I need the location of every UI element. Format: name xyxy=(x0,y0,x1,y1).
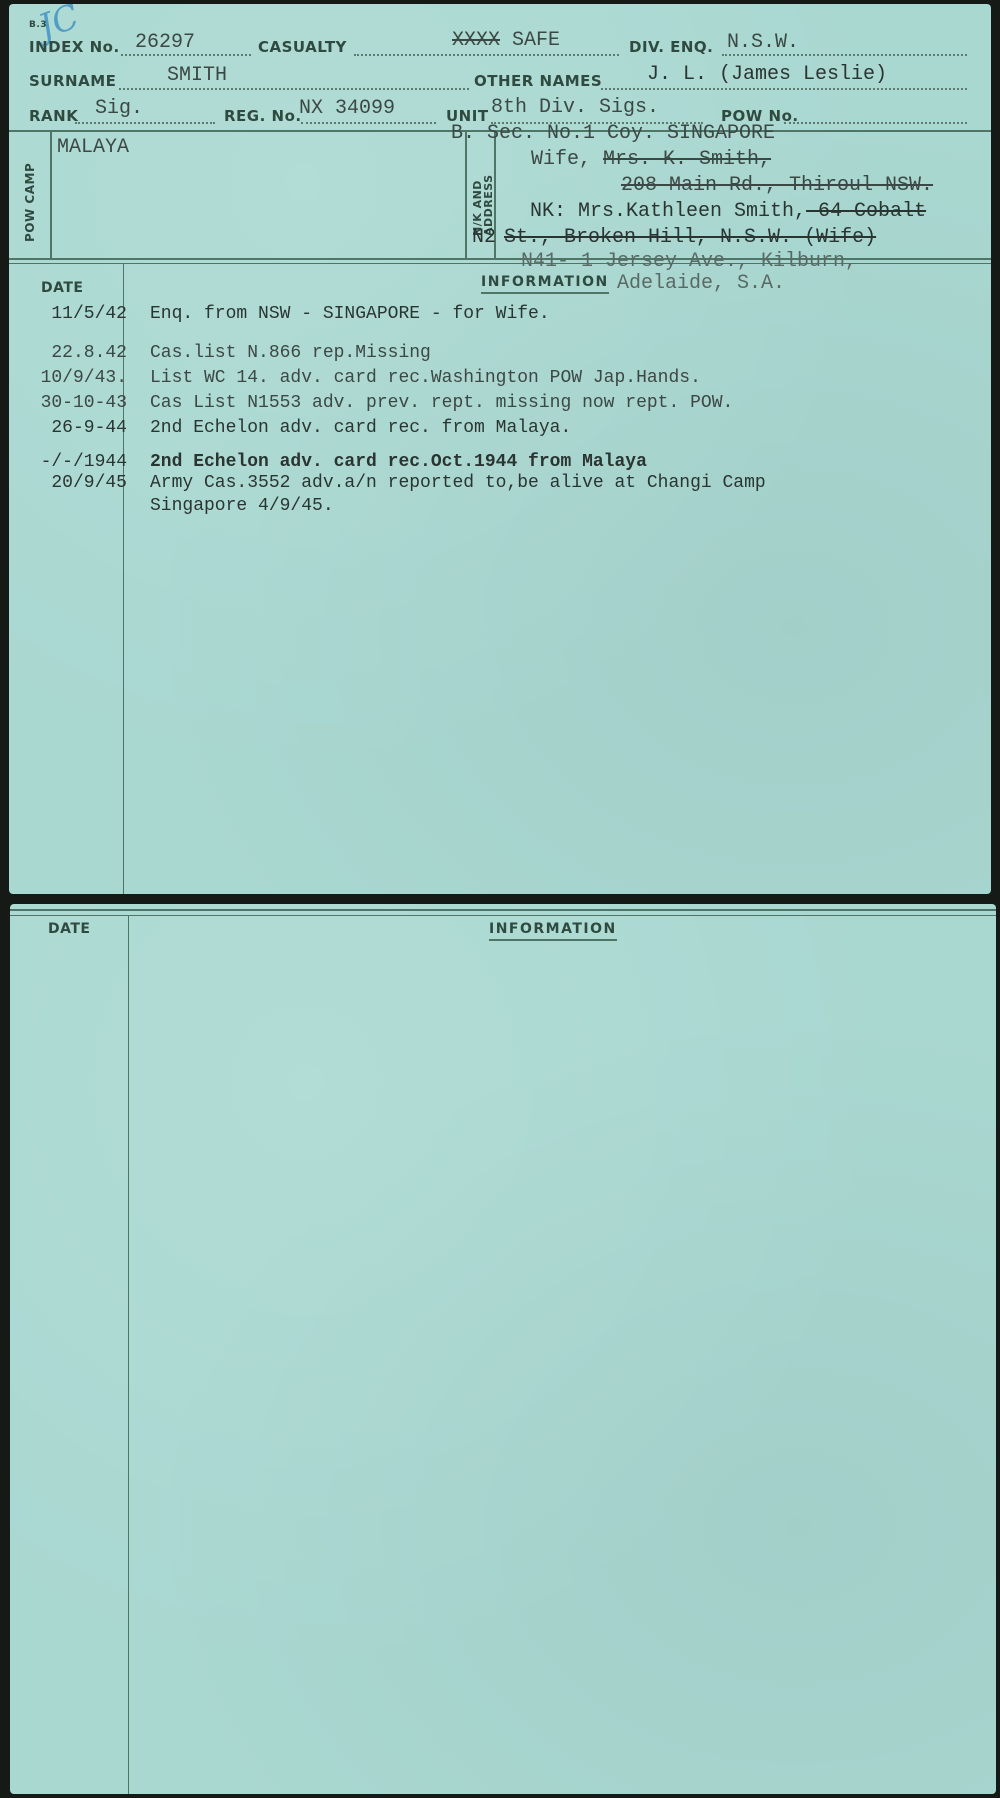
pow-camp-label: POW CAMP xyxy=(23,142,37,242)
casualty-current: SAFE xyxy=(512,29,560,52)
reg-no-label: REG. No. xyxy=(224,107,302,125)
index-no-label: INDEX No. xyxy=(29,38,120,56)
back-date-column-divider xyxy=(128,916,129,1794)
information-header: INFORMATION xyxy=(481,274,609,294)
log-date: -/-/1944 xyxy=(9,452,127,472)
nk-line-2-struck: 208 Main Rd., Thiroul NSW. xyxy=(621,174,933,197)
back-information-header: INFORMATION xyxy=(489,921,617,941)
pow-camp-divider xyxy=(50,130,52,258)
index-no-rule xyxy=(121,54,251,56)
nk-line-3-struck: 64 Cobalt xyxy=(806,200,926,223)
record-card-back: DATE INFORMATION xyxy=(10,904,996,1794)
div-enq-value: N.S.W. xyxy=(727,31,799,54)
log-info: 2nd Echelon adv. card rec. from Malaya. xyxy=(150,418,571,438)
reg-no-rule xyxy=(301,122,436,124)
log-info: 2nd Echelon adv. card rec.Oct.1944 from … xyxy=(150,452,647,472)
date-header: DATE xyxy=(41,280,83,296)
surname-rule xyxy=(119,88,469,90)
log-date: 10/9/43. xyxy=(9,368,127,388)
casualty-label: CASUALTY xyxy=(258,38,347,56)
unit-value: 8th Div. Sigs. xyxy=(491,96,659,119)
reg-no-value: NX 34099 xyxy=(299,97,395,120)
casualty-rule xyxy=(354,54,619,56)
rank-rule xyxy=(75,122,215,124)
pow-no-rule xyxy=(784,122,967,124)
nk-line-1-prefix: Wife, xyxy=(531,148,603,171)
nk-line-6: Adelaide, S.A. xyxy=(617,272,785,295)
form-code: B.3 xyxy=(29,20,47,30)
rank-label: RANK xyxy=(29,107,78,125)
nk-line-4-mark: N2 xyxy=(472,226,496,249)
nk-line-1-struck: Mrs. K. Smith, xyxy=(603,148,771,171)
back-top-rule-2 xyxy=(10,915,996,916)
back-date-header: DATE xyxy=(48,921,90,937)
log-info: Army Cas.3552 adv.a/n reported to,be ali… xyxy=(150,473,766,493)
back-top-rule-1 xyxy=(10,909,996,911)
other-names-value: J. L. (James Leslie) xyxy=(647,63,887,86)
log-date: 20/9/45 xyxy=(9,473,127,493)
div-enq-label: DIV. ENQ. xyxy=(629,38,713,56)
log-date: 11/5/42 xyxy=(9,304,127,324)
unit-continuation: B. Sec. No.1 Coy. SINGAPORE xyxy=(451,122,775,145)
log-info: Cas List N1553 adv. prev. rept. missing … xyxy=(150,393,733,413)
nk-line-3: NK: Mrs.Kathleen Smith, 64 Cobalt xyxy=(530,200,926,223)
div-enq-rule xyxy=(722,54,967,56)
log-date: 26-9-44 xyxy=(9,418,127,438)
other-names-label: OTHER NAMES xyxy=(474,72,602,90)
log-info: Cas.list N.866 rep.Missing xyxy=(150,343,431,363)
nk-address-label: N/K AND ADDRESS xyxy=(472,146,494,236)
nk-line-4: N2St., Broken Hill, N.S.W. (Wife) xyxy=(472,226,876,249)
surname-value: SMITH xyxy=(167,64,227,87)
nk-line-3-prefix: NK: Mrs.Kathleen Smith, xyxy=(530,200,806,223)
log-date: 30-10-43 xyxy=(9,393,127,413)
log-info: Enq. from NSW - SINGAPORE - for Wife. xyxy=(150,304,550,324)
other-names-rule xyxy=(601,88,967,90)
log-info: Singapore 4/9/45. xyxy=(150,496,334,516)
log-info: List WC 14. adv. card rec.Washington POW… xyxy=(150,368,701,388)
nk-line-1: Wife, Mrs. K. Smith, xyxy=(531,148,771,171)
nk-line-4-struck: St., Broken Hill, N.S.W. (Wife) xyxy=(504,226,876,249)
pow-camp-value: MALAYA xyxy=(57,136,129,159)
rank-value: Sig. xyxy=(95,97,143,120)
nk-left-divider xyxy=(465,130,467,258)
index-no-value: 26297 xyxy=(135,31,195,54)
record-card-front: JC B.3 INDEX No. 26297 CASUALTY XXXX SAF… xyxy=(9,4,991,894)
log-date: 22.8.42 xyxy=(9,343,127,363)
surname-label: SURNAME xyxy=(29,72,116,90)
casualty-struck: XXXX xyxy=(452,29,500,52)
casualty-value: XXXX SAFE xyxy=(452,29,560,52)
nk-line-5: N41- 1 Jersey Ave., Kilburn, xyxy=(521,250,857,273)
